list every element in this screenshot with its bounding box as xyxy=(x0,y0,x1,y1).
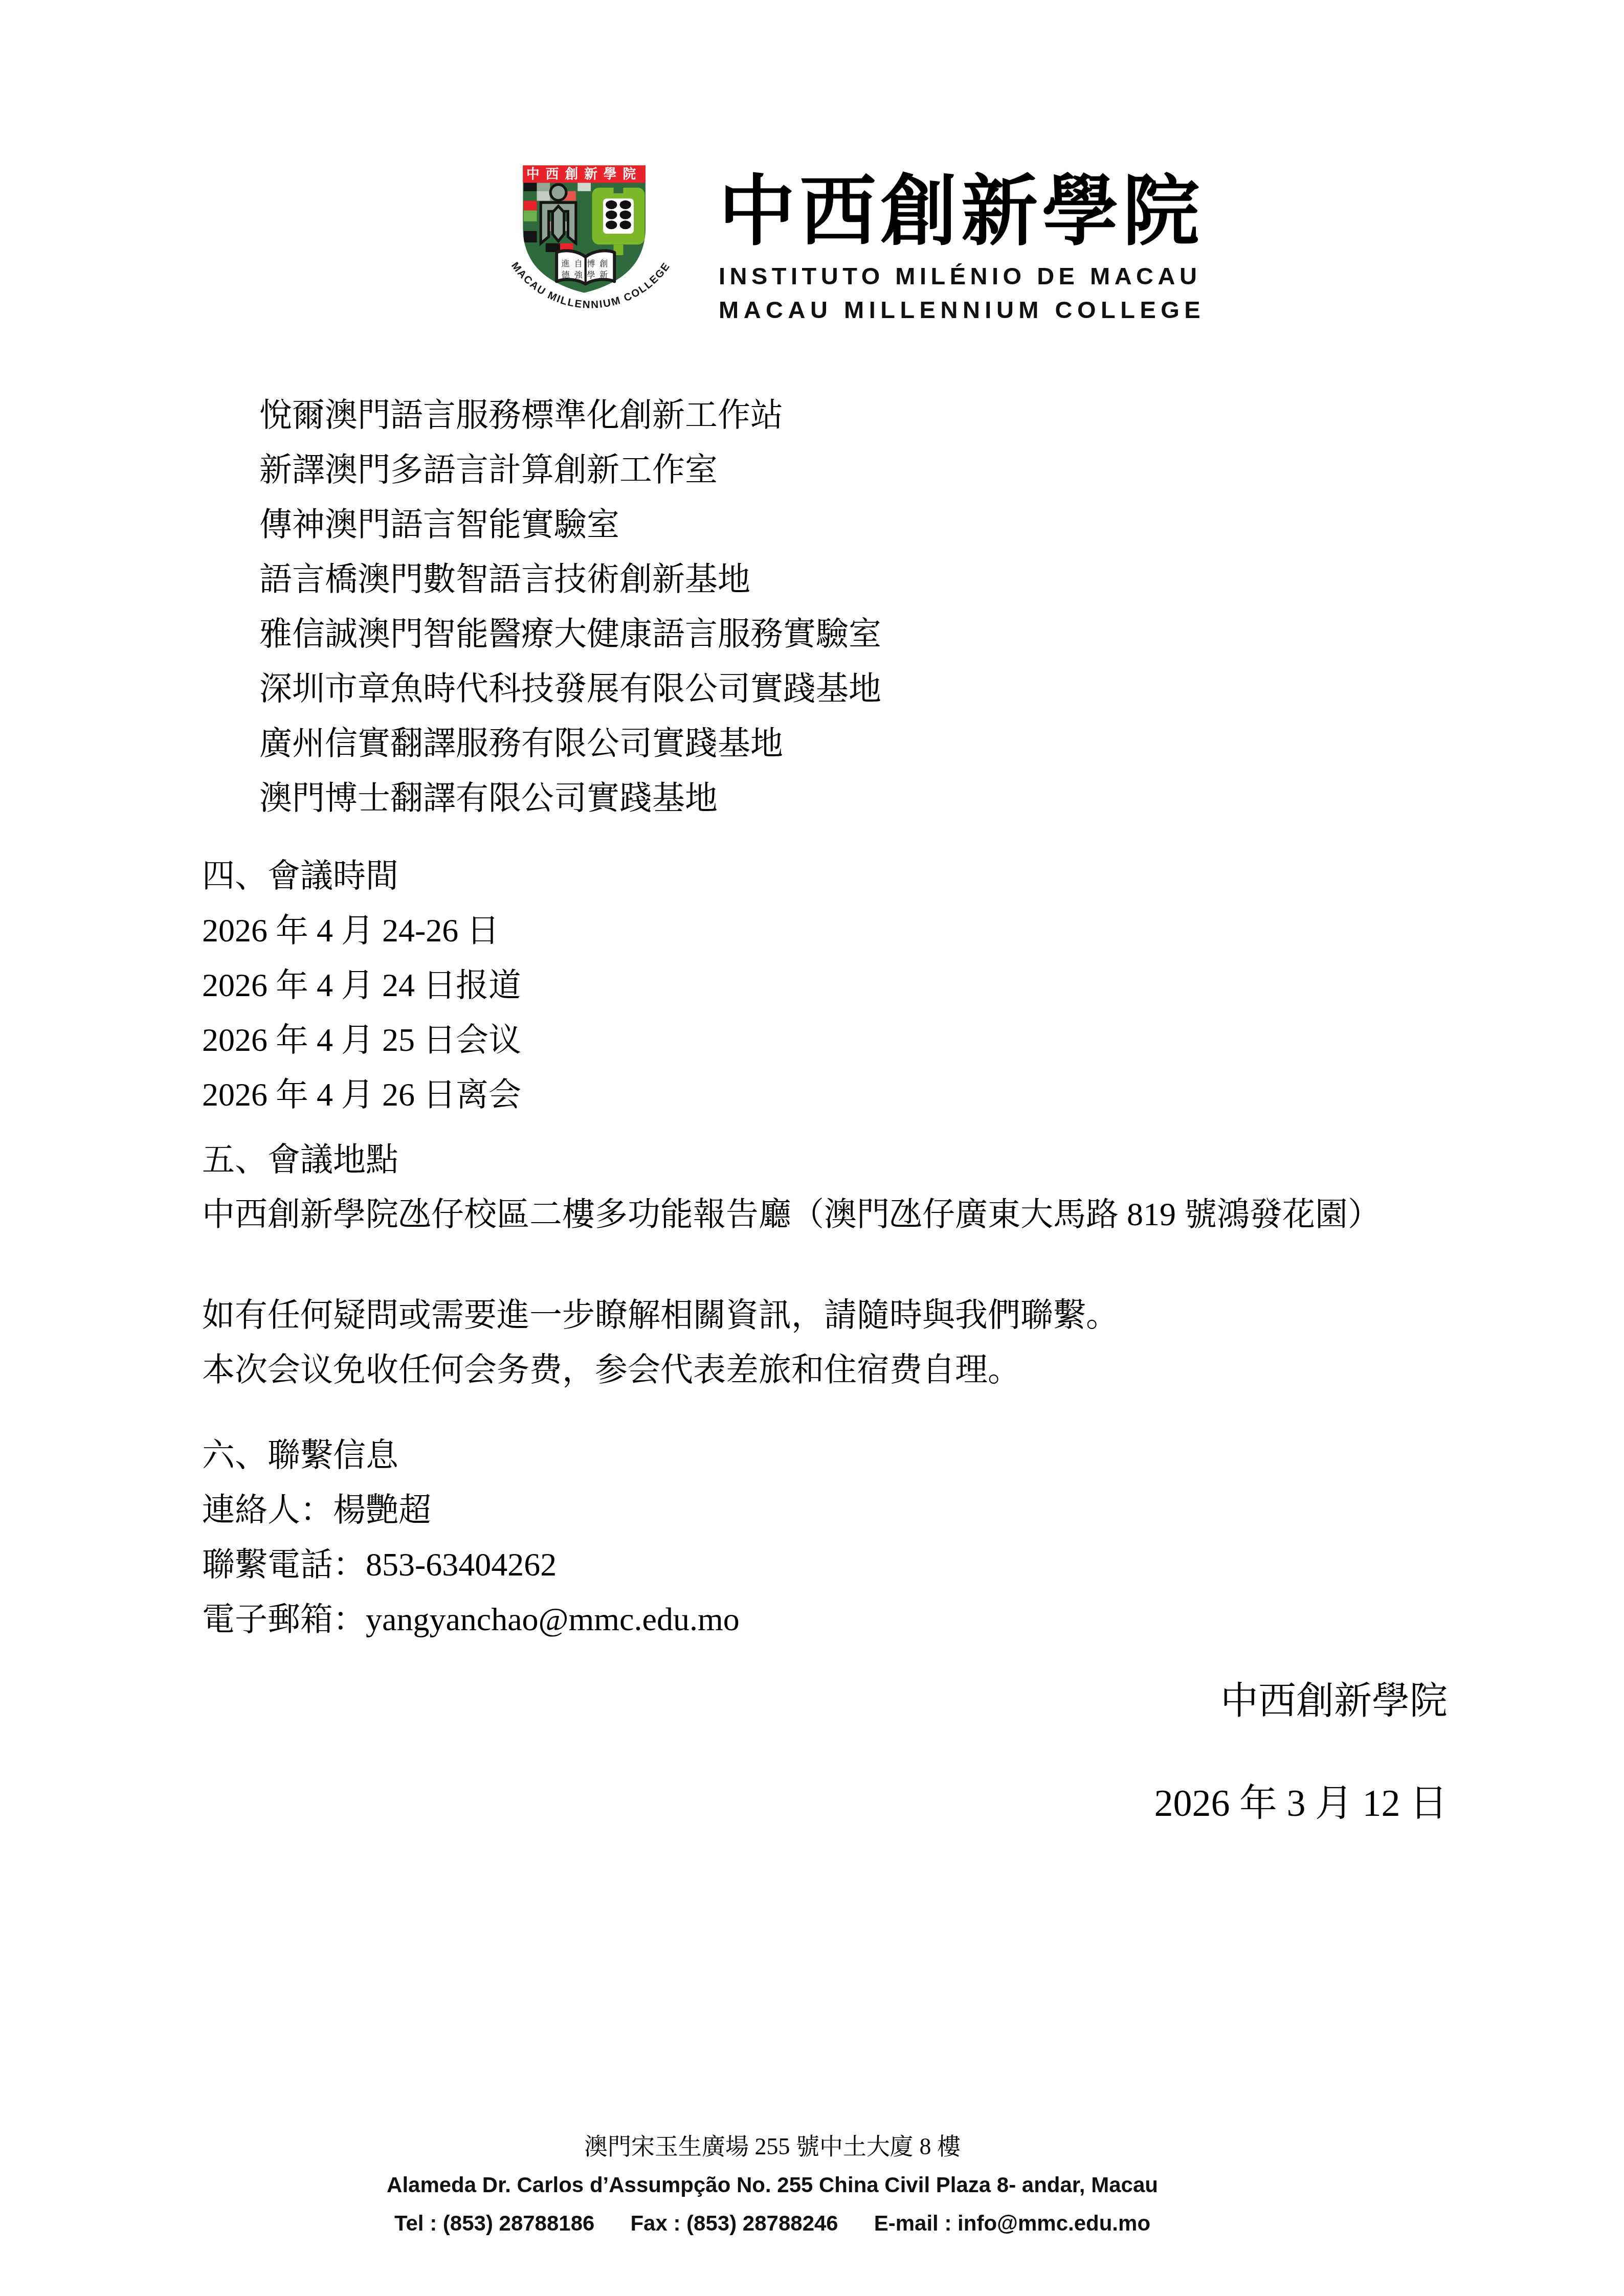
signature-org: 中西創新學院 xyxy=(202,1672,1448,1731)
schedule-line: 2026 年 4 月 26 日离会 xyxy=(202,1067,1448,1122)
college-name-portuguese: INSTITUTO MILÉNIO DE MACAU xyxy=(719,262,1199,290)
schedule-line: 2026 年 4 月 25 日会议 xyxy=(202,1012,1448,1067)
section-heading: 六、聯繫信息 xyxy=(202,1428,1448,1482)
letter-page: 進自博創 德強學新 中西創新學院 MACAU MILLENNIUM COLLEG… xyxy=(0,0,1624,2296)
venue-line: 中西創新學院氹仔校區二樓多功能報告廳（澳門氹仔廣東大馬路 819 號鴻發花園） xyxy=(202,1187,1448,1242)
footer-email: E-mail : info@mmc.edu.mo xyxy=(874,2204,1150,2242)
organization-list: 悅爾澳門語言服務標準化創新工作站 新譯澳門多語言計算創新工作室 傳神澳門語言智能… xyxy=(259,388,1448,825)
note-line: 本次会议免收任何会务费，参会代表差旅和住宿费自理。 xyxy=(202,1342,1448,1397)
section-meeting-place: 五、會議地點 中西創新學院氹仔校區二樓多功能報告廳（澳門氹仔廣東大馬路 819 … xyxy=(202,1132,1448,1242)
section-contact-info: 六、聯繫信息 連絡人：楊艷超 聯繫電話：853-63404262 電子郵箱：ya… xyxy=(202,1428,1448,1647)
list-item: 深圳市章魚時代科技發展有限公司實踐基地 xyxy=(259,661,1448,716)
crest-motto-row2: 德強學新 xyxy=(562,271,612,280)
college-wordmark: 中西創新學院 INSTITUTO MILÉNIO DE MACAU MACAU … xyxy=(719,153,1199,324)
letterhead: 進自博創 德強學新 中西創新學院 MACAU MILLENNIUM COLLEG… xyxy=(499,153,1199,329)
footer-contact-line: Tel : (853) 28788186 Fax : (853) 2878824… xyxy=(0,2204,1545,2242)
crest-book: 進自博創 德強學新 xyxy=(557,251,614,284)
notes-paragraph: 如有任何疑問或需要進一步瞭解相關資訊，請隨時與我們聯繫。 本次会议免收任何会务费… xyxy=(202,1288,1448,1397)
college-name-chinese: 中西創新學院 xyxy=(719,174,1199,251)
letter-body: 悅爾澳門語言服務標準化創新工作站 新譯澳門多語言計算創新工作室 傳神澳門語言智能… xyxy=(202,388,1448,1833)
list-item: 新譯澳門多語言計算創新工作室 xyxy=(259,442,1448,497)
section-meeting-time: 四、會議時間 2026 年 4 月 24-26 日 2026 年 4 月 24 … xyxy=(202,848,1448,1122)
college-name-english: MACAU MILLENNIUM COLLEGE xyxy=(719,296,1199,324)
schedule-line: 2026 年 4 月 24-26 日 xyxy=(202,903,1448,958)
college-crest-logo: 進自博創 德強學新 中西創新學院 MACAU MILLENNIUM COLLEG… xyxy=(499,153,683,329)
footer-tel: Tel : (853) 28788186 xyxy=(394,2204,594,2242)
section-heading: 五、會議地點 xyxy=(202,1132,1448,1187)
list-item: 悅爾澳門語言服務標準化創新工作站 xyxy=(259,388,1448,442)
list-item: 雅信誠澳門智能醫療大健康語言服務實驗室 xyxy=(259,606,1448,661)
footer-address-english: Alameda Dr. Carlos d’Assumpção No. 255 C… xyxy=(0,2166,1545,2204)
note-line: 如有任何疑問或需要進一步瞭解相關資訊，請隨時與我們聯繫。 xyxy=(202,1288,1448,1342)
list-item: 傳神澳門語言智能實驗室 xyxy=(259,497,1448,552)
list-item: 澳門博士翻譯有限公司實踐基地 xyxy=(259,771,1448,825)
list-item: 語言橋澳門數智語言技術創新基地 xyxy=(259,552,1448,606)
contact-person: 連絡人：楊艷超 xyxy=(202,1482,1448,1537)
contact-email: 電子郵箱：yangyanchao@mmc.edu.mo xyxy=(202,1592,1448,1647)
letter-footer: 澳門宋玉生廣場 255 號中土大廈 8 樓 Alameda Dr. Carlos… xyxy=(0,2127,1545,2242)
list-item: 廣州信實翻譯服務有限公司實踐基地 xyxy=(259,716,1448,771)
contact-phone: 聯繫電話：853-63404262 xyxy=(202,1537,1448,1592)
crest-motto-row1: 進自博創 xyxy=(562,259,612,268)
section-heading: 四、會議時間 xyxy=(202,848,1448,903)
schedule-line: 2026 年 4 月 24 日报道 xyxy=(202,958,1448,1012)
crest-band-text: 中西創新學院 xyxy=(526,166,642,182)
signature-date: 2026 年 3 月 12 日 xyxy=(202,1774,1448,1833)
footer-fax: Fax : (853) 28788246 xyxy=(630,2204,838,2242)
footer-address-chinese: 澳門宋玉生廣場 255 號中土大廈 8 樓 xyxy=(0,2127,1545,2166)
